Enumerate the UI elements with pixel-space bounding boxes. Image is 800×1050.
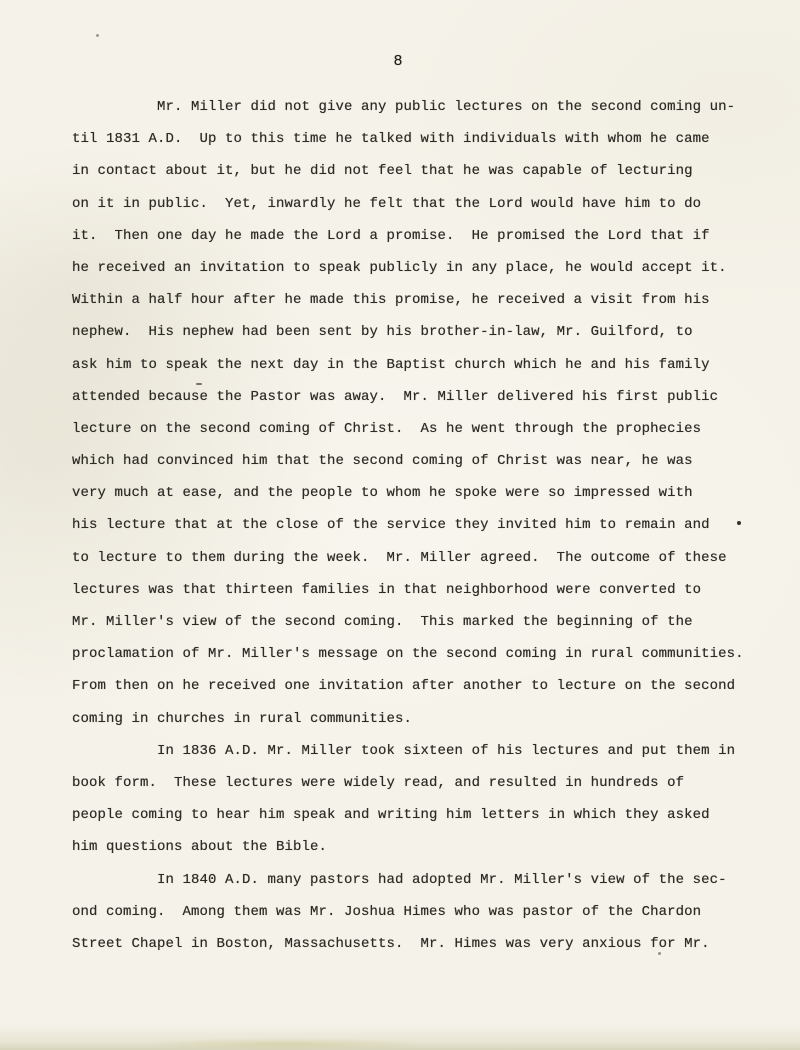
- text-line: ond coming. Among them was Mr. Joshua Hi…: [72, 896, 762, 928]
- text-line: Mr. Miller did not give any public lectu…: [72, 91, 762, 123]
- page-number: 8: [0, 53, 796, 70]
- text-line: on it in public. Yet, inwardly he felt t…: [72, 188, 762, 220]
- text-line: people coming to hear him speak and writ…: [72, 799, 762, 831]
- text-line: in contact about it, but he did not feel…: [72, 155, 762, 187]
- document-page: 8 Mr. Miller did not give any public lec…: [0, 0, 800, 1050]
- text-line: coming in churches in rural communities.: [72, 703, 762, 735]
- text-line: til 1831 A.D. Up to this time he talked …: [72, 123, 762, 155]
- text-line: it. Then one day he made the Lord a prom…: [72, 220, 762, 252]
- text-line: In 1836 A.D. Mr. Miller took sixteen of …: [72, 735, 762, 767]
- text-line: lecture on the second coming of Christ. …: [72, 413, 762, 445]
- ink-speck: [96, 34, 99, 37]
- ink-speck: [196, 383, 202, 385]
- text-line: book form. These lectures were widely re…: [72, 767, 762, 799]
- text-line: In 1840 A.D. many pastors had adopted Mr…: [72, 864, 762, 896]
- body-text: Mr. Miller did not give any public lectu…: [72, 91, 762, 960]
- text-line: him questions about the Bible.: [72, 831, 762, 863]
- text-line: he received an invitation to speak publi…: [72, 252, 762, 284]
- text-line: lectures was that thirteen families in t…: [72, 574, 762, 606]
- text-line: nephew. His nephew had been sent by his …: [72, 316, 762, 348]
- text-line: Within a half hour after he made this pr…: [72, 284, 762, 316]
- text-line: attended because the Pastor was away. Mr…: [72, 381, 762, 413]
- ink-speck: [737, 521, 741, 525]
- text-line: ask him to speak the next day in the Bap…: [72, 349, 762, 381]
- text-line: Street Chapel in Boston, Massachusetts. …: [72, 928, 762, 960]
- text-line: very much at ease, and the people to who…: [72, 477, 762, 509]
- text-line: his lecture that at the close of the ser…: [72, 509, 762, 541]
- text-line: to lecture to them during the week. Mr. …: [72, 542, 762, 574]
- ink-speck: [658, 952, 661, 955]
- text-line: proclamation of Mr. Miller's message on …: [72, 638, 762, 670]
- text-line: From then on he received one invitation …: [72, 670, 762, 702]
- text-line: Mr. Miller's view of the second coming. …: [72, 606, 762, 638]
- text-line: which had convinced him that the second …: [72, 445, 762, 477]
- scan-smudge: [150, 1038, 420, 1050]
